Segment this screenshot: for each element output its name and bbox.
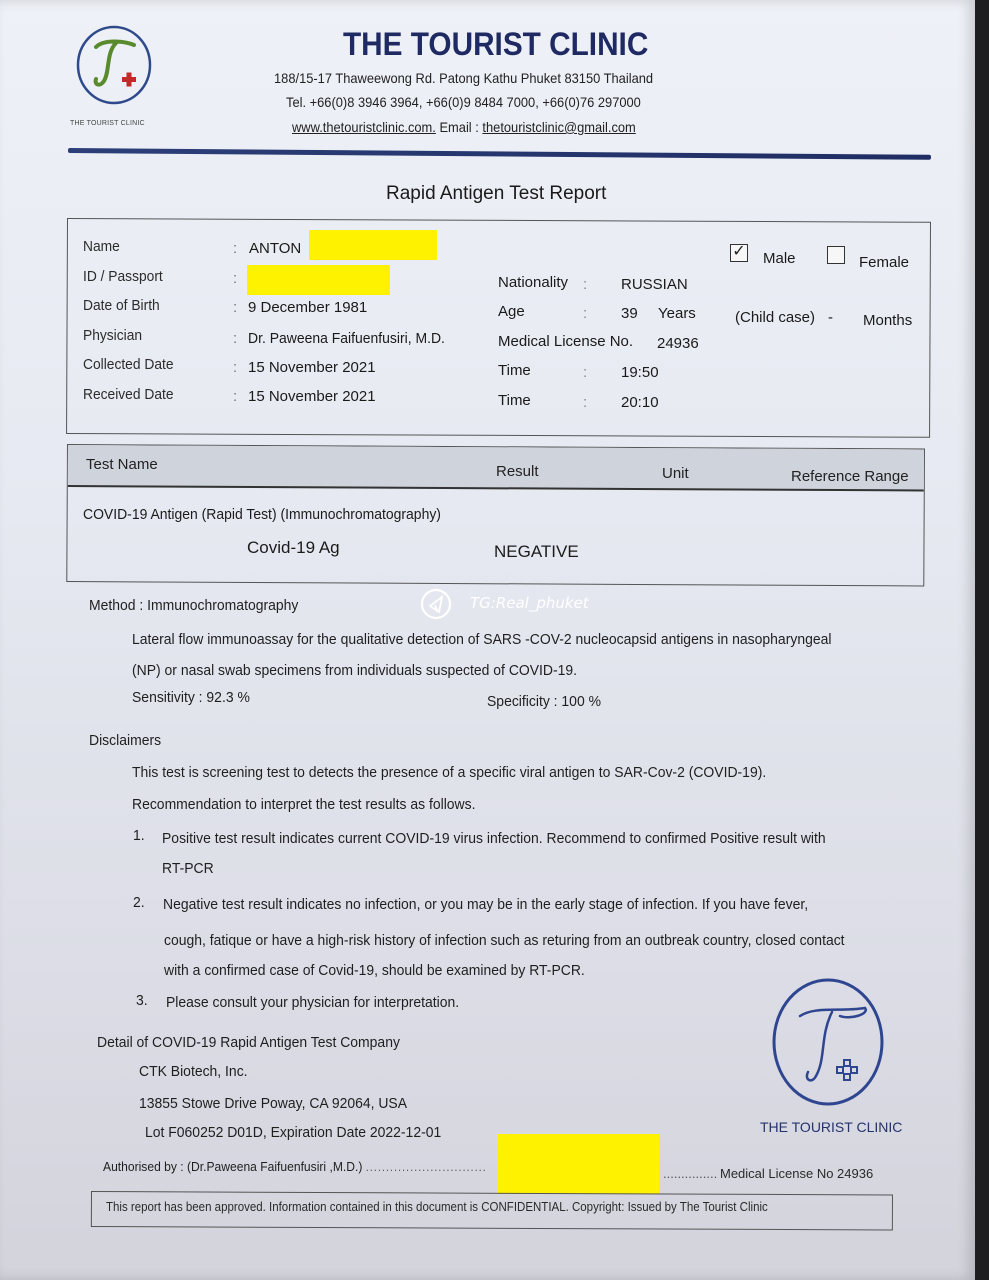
redaction-id xyxy=(247,265,390,295)
company-name: CTK Biotech, Inc. xyxy=(139,1063,248,1080)
colon: : xyxy=(583,364,587,381)
telegram-watermark-icon xyxy=(420,588,454,620)
license-label: Medical License No. xyxy=(498,333,633,350)
method-label: Method : Immunochromatography xyxy=(89,597,298,614)
logo-caption: THE TOURIST CLINIC xyxy=(70,120,145,127)
colon: : xyxy=(233,270,237,287)
footer-confidential: This report has been approved. Informati… xyxy=(106,1200,768,1214)
dob-label: Date of Birth xyxy=(83,297,160,314)
test-group: COVID-19 Antigen (Rapid Test) (Immunochr… xyxy=(83,506,441,523)
name-value: ANTON xyxy=(249,240,301,257)
disclaimer-3-number: 3. xyxy=(136,992,148,1009)
physician-value: Dr. Paweena Faifuenfusiri, M.D. xyxy=(248,330,445,347)
authorised-by: Authorised by : (Dr.Paweena Faifuenfusir… xyxy=(103,1159,487,1174)
col-reference-range: Reference Range xyxy=(791,468,909,485)
disclaimer-3-line-1: Please consult your physician for interp… xyxy=(166,994,459,1011)
nationality-label: Nationality xyxy=(498,274,568,291)
col-test-name: Test Name xyxy=(86,456,158,473)
female-checkbox[interactable] xyxy=(827,246,845,264)
report-page: THE TOURIST CLINIC THE TOURIST CLINIC 18… xyxy=(0,0,975,1280)
collected-date-value: 15 November 2021 xyxy=(248,359,376,376)
company-title: Detail of COVID-19 Rapid Antigen Test Co… xyxy=(97,1034,400,1051)
clinic-logo-icon xyxy=(74,25,154,105)
child-case-label: (Child case) xyxy=(735,309,815,326)
license-value: 24936 xyxy=(657,335,699,352)
received-time-label: Time xyxy=(498,392,531,409)
colon: : xyxy=(583,394,587,411)
col-unit: Unit xyxy=(662,465,689,482)
signature-dots-right: ............... xyxy=(663,1166,717,1181)
male-checkbox[interactable]: ✓ xyxy=(730,244,748,262)
stamp-caption: THE TOURIST CLINIC xyxy=(760,1119,902,1135)
collected-time-label: Time xyxy=(498,362,531,379)
colon: : xyxy=(233,330,237,347)
dob-value: 9 December 1981 xyxy=(248,299,367,316)
disclaimer-1-number: 1. xyxy=(133,827,145,844)
email-label: Email : xyxy=(439,119,478,135)
clinic-name: THE TOURIST CLINIC xyxy=(343,26,648,63)
disclaimer-intro-2: Recommendation to interpret the test res… xyxy=(132,796,475,813)
clinic-stamp-icon xyxy=(770,976,888,1120)
received-date-label: Received Date xyxy=(83,386,174,403)
disclaimer-1-line-1: Positive test result indicates current C… xyxy=(162,830,826,847)
colon: : xyxy=(233,388,237,405)
company-address: 13855 Stowe Drive Poway, CA 92064, USA xyxy=(139,1095,407,1112)
disclaimer-2-line-2: cough, fatique or have a high-risk histo… xyxy=(164,932,845,949)
colon: : xyxy=(233,299,237,316)
received-date-value: 15 November 2021 xyxy=(248,388,376,405)
clinic-contact: www.thetouristclinic.com. Email : thetou… xyxy=(292,119,636,135)
redaction-name xyxy=(309,230,437,260)
age-value: 39 xyxy=(621,305,638,322)
age-label: Age xyxy=(498,303,525,320)
received-time-value: 20:10 xyxy=(621,394,659,411)
colon: : xyxy=(233,240,237,257)
disclaimer-2-number: 2. xyxy=(133,894,145,911)
test-name-value: Covid-19 Ag xyxy=(247,538,340,558)
female-label: Female xyxy=(859,254,909,271)
watermark-text: TG:Real_phuket xyxy=(470,594,589,612)
email-link[interactable]: thetouristclinic@gmail.com xyxy=(482,119,635,135)
company-lot: Lot F060252 D01D, Expiration Date 2022-1… xyxy=(145,1124,441,1141)
disclaimer-1-line-2: RT-PCR xyxy=(162,860,214,877)
collected-time-value: 19:50 xyxy=(621,364,659,381)
specificity: Specificity : 100 % xyxy=(487,693,601,710)
colon: : xyxy=(233,359,237,376)
physician-label: Physician xyxy=(83,327,142,344)
disclaimer-2-line-3: with a confirmed case of Covid-19, shoul… xyxy=(164,962,585,979)
report-title: Rapid Antigen Test Report xyxy=(386,183,606,205)
signature-dots-left: .............................. xyxy=(366,1160,487,1174)
clinic-phone: Tel. +66(0)8 3946 3964, +66(0)9 8484 700… xyxy=(286,94,641,110)
collected-date-label: Collected Date xyxy=(83,356,174,373)
disclaimer-intro-1: This test is screening test to detects t… xyxy=(132,764,766,781)
redaction-signature xyxy=(497,1134,659,1194)
id-label: ID / Passport xyxy=(83,268,163,285)
disclaimer-2-line-1: Negative test result indicates no infect… xyxy=(163,896,808,913)
months-label: Months xyxy=(863,312,912,329)
signature-license: Medical License No 24936 xyxy=(720,1166,873,1181)
header-divider xyxy=(68,148,931,160)
authorised-by-text: Authorised by : (Dr.Paweena Faifuenfusir… xyxy=(103,1159,362,1174)
test-result-value: NEGATIVE xyxy=(494,542,579,562)
method-line-1: Lateral flow immunoassay for the qualita… xyxy=(132,631,831,648)
method-line-2: (NP) or nasal swab specimens from indivi… xyxy=(132,662,577,679)
disclaimers-title: Disclaimers xyxy=(89,732,161,749)
name-label: Name xyxy=(83,238,120,255)
colon: : xyxy=(583,305,587,322)
age-unit: Years xyxy=(658,305,696,322)
clinic-address: 188/15-17 Thaweewong Rd. Patong Kathu Ph… xyxy=(274,70,653,86)
child-case-value: - xyxy=(828,309,833,326)
website-link[interactable]: www.thetouristclinic.com. xyxy=(292,119,436,135)
sensitivity: Sensitivity : 92.3 % xyxy=(132,689,250,706)
nationality-value: RUSSIAN xyxy=(621,276,688,293)
male-label: Male xyxy=(763,250,796,267)
col-result: Result xyxy=(496,463,539,480)
colon: : xyxy=(583,276,587,293)
